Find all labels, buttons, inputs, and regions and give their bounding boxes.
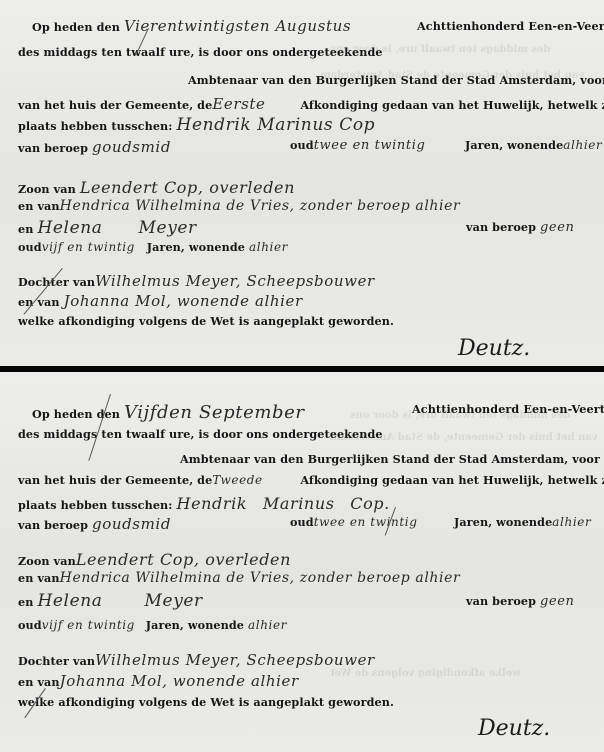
marriage-proclamation-record-2: des middags ten twaalf ure, is door ons …: [0, 372, 604, 752]
intro-prefix: Op heden den: [32, 20, 120, 34]
handwritten-bride-residence: alhier: [249, 240, 288, 254]
between-prefix: plaats hebben tusschen:: [18, 119, 173, 133]
age-label: oud: [290, 138, 314, 152]
official-signature: Deutz.: [478, 716, 550, 741]
bride-occupation-line: van beroep geen: [466, 220, 575, 235]
years-label: Jaren, wonende: [465, 138, 563, 152]
official-line: Ambtenaar van den Burgerlijken Stand der…: [180, 452, 604, 466]
bride-father-line: Dochter vanWilhelmus Meyer, Scheepsbouwe…: [18, 272, 375, 290]
handwritten-groom-name: Hendrik Marinus Cop.: [177, 494, 390, 513]
handwritten-groom-occupation: goudsmid: [92, 138, 171, 156]
gemeente-prefix: van het huis der Gemeente, de: [18, 98, 212, 112]
between-line: plaats hebben tusschen: Hendrik Marinus …: [18, 494, 390, 513]
handwritten-date: Vijfden September: [124, 402, 305, 423]
handwritten-bride-residence: alhier: [248, 618, 287, 632]
year-text: Achttienhonderd Een-en-Veertig,: [417, 19, 604, 33]
handwritten-groom-mother: Hendrica Wilhelmina de Vries, zonder ber…: [60, 198, 461, 214]
groom-age-line: oudtwee en twintig: [290, 138, 425, 153]
bride-occupation-line: van beroep geen: [466, 594, 575, 609]
and-label: en: [18, 222, 33, 236]
son-of-label: Zoon van: [18, 182, 76, 196]
groom-occupation-line: van beroep goudsmid: [18, 515, 171, 533]
daughter-of-label: Dochter van: [18, 275, 95, 289]
handwritten-bride-name: Helena Meyer: [37, 591, 202, 611]
groom-mother-line: en vanHendrica Wilhelmina de Vries, zond…: [18, 570, 460, 586]
handwritten-groom-mother: Hendrica Wilhelmina de Vries, zonder ber…: [60, 570, 461, 586]
bride-mother-line: en van Johanna Mol, wonende alhier: [18, 292, 303, 310]
and-of-label: en van: [18, 571, 60, 585]
between-prefix: plaats hebben tusschen:: [18, 498, 173, 512]
intro-line: Op heden den Vierentwintigsten Augustus: [32, 17, 351, 35]
groom-father-line: Zoon vanLeendert Cop, overleden: [18, 550, 291, 569]
occupation-label: van beroep: [466, 220, 536, 234]
bleed-through-text: welke afkondiging volgens de Wet: [330, 668, 521, 679]
gemeente-line: van het huis der Gemeente, deEersteAfkon…: [18, 95, 604, 113]
time-line: des middags ten twaalf ure, is door ons …: [18, 45, 383, 59]
groom-residence-line: Jaren, wonendealhier: [454, 515, 591, 529]
handwritten-bride-name: Helena Meyer: [37, 218, 196, 238]
groom-father-line: Zoon van Leendert Cop, overleden: [18, 178, 295, 197]
years-label: Jaren, wonende: [146, 618, 244, 632]
handwritten-groom-residence: alhier: [552, 515, 591, 529]
handwritten-bride-mother: Johanna Mol, wonende alhier: [60, 672, 299, 690]
official-signature: Deutz.: [458, 336, 530, 361]
marriage-proclamation-record-1: des middags ten twaalf ure, is door ons …: [0, 0, 604, 366]
and-label: en: [18, 595, 33, 609]
occupation-label: van beroep: [18, 141, 88, 155]
gemeente-prefix: van het huis der Gemeente, de: [18, 473, 212, 487]
handwritten-groom-age: twee en twintig: [314, 138, 426, 153]
occupation-label: van beroep: [466, 594, 536, 608]
groom-residence-line: Jaren, wonendealhier: [465, 138, 602, 152]
handwritten-groom-father: Leendert Cop, overleden: [76, 550, 291, 569]
bride-mother-line: en vanJohanna Mol, wonende alhier: [18, 672, 299, 690]
bride-father-line: Dochter vanWilhelmus Meyer, Scheepsbouwe…: [18, 651, 375, 669]
bride-age-line: oudvijf en twintigJaren, wonende alhier: [18, 240, 288, 254]
daughter-of-label: Dochter van: [18, 654, 95, 668]
handwritten-bride-father: Wilhelmus Meyer, Scheepsbouwer: [95, 651, 375, 669]
intro-line: Op heden den Vijfden September: [32, 402, 305, 423]
handwritten-bride-age: vijf en twintig: [42, 618, 146, 632]
bride-line: en Helena Meyer: [18, 591, 203, 611]
groom-age-line: oudtwee en twintig: [290, 515, 417, 529]
bride-line: en Helena Meyer: [18, 218, 197, 238]
handwritten-bride-mother: Johanna Mol, wonende alhier: [64, 292, 303, 310]
intro-prefix: Op heden den: [32, 407, 120, 421]
handwritten-groom-father: Leendert Cop, overleden: [80, 178, 295, 197]
handwritten-groom-occupation: goudsmid: [92, 515, 171, 533]
gemeente-line: van het huis der Gemeente, deTweedeAfkon…: [18, 473, 604, 487]
year-text: Achttienhonderd Een-en-Veertig,: [412, 402, 604, 416]
time-line: des middags ten twaalf ure, is door ons …: [18, 427, 383, 441]
handwritten-bride-father: Wilhelmus Meyer, Scheepsbouwer: [95, 272, 375, 290]
handwritten-bride-occupation: geen: [540, 594, 574, 609]
proclamation-text: Afkondiging gedaan van het Huwelijk, het…: [300, 98, 604, 112]
occupation-label: van beroep: [18, 518, 88, 532]
son-of-label: Zoon van: [18, 554, 76, 568]
handwritten-proclamation-number: Tweede: [212, 473, 300, 487]
bride-age-line: oudvijf en twintigJaren, wonende alhier: [18, 618, 287, 632]
age-label: oud: [290, 515, 314, 529]
age-label: oud: [18, 618, 42, 632]
closing-line: welke afkondiging volgens de Wet is aang…: [18, 314, 394, 328]
handwritten-bride-age: vijf en twintig: [42, 240, 147, 254]
years-label: Jaren, wonende: [147, 240, 245, 254]
groom-occupation-line: van beroep goudsmid: [18, 138, 171, 156]
proclamation-text: Afkondiging gedaan van het Huwelijk, het…: [300, 473, 604, 487]
handwritten-bride-occupation: geen: [540, 220, 574, 235]
and-of-label: en van: [18, 675, 60, 689]
and-of-label: en van: [18, 199, 60, 213]
years-label: Jaren, wonende: [454, 515, 552, 529]
handwritten-groom-name: Hendrik Marinus Cop: [177, 115, 376, 135]
handwritten-date: Vierentwintigsten Augustus: [124, 17, 351, 35]
age-label: oud: [18, 240, 42, 254]
handwritten-groom-residence: alhier: [563, 138, 602, 152]
closing-line: welke afkondiging volgens de Wet is aang…: [18, 695, 394, 709]
groom-mother-line: en vanHendrica Wilhelmina de Vries, zond…: [18, 198, 460, 214]
between-line: plaats hebben tusschen: Hendrik Marinus …: [18, 115, 375, 135]
handwritten-proclamation-number: Eerste: [212, 95, 300, 113]
handwritten-groom-age: twee en twintig: [314, 515, 418, 529]
official-line: Ambtenaar van den Burgerlijken Stand der…: [188, 73, 604, 87]
